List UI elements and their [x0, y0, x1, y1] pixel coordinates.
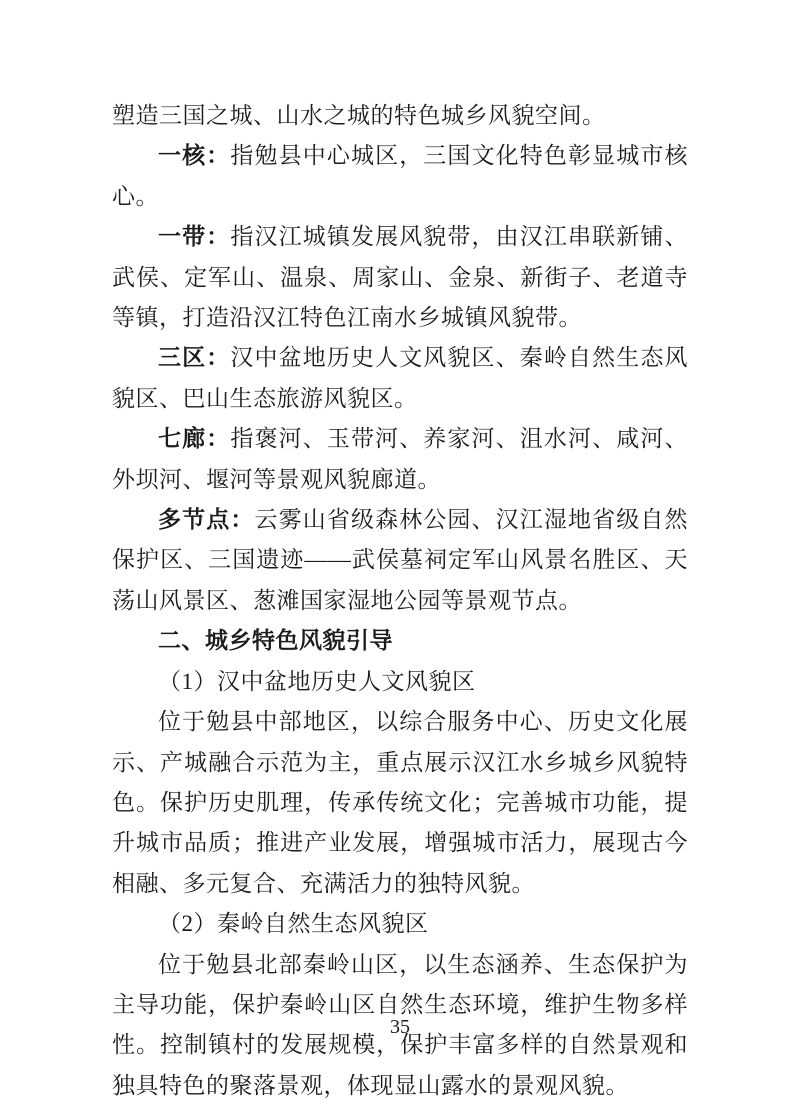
term-label-one-core: 一核： — [158, 143, 230, 168]
term-label-seven-corridors: 七廊： — [158, 426, 230, 451]
term-label-three-zones: 三区： — [158, 345, 230, 370]
page-number: 35 — [112, 1013, 688, 1041]
paragraph-multi-nodes: 多节点：云雾山省级森林公园、汉江湿地省级自然保护区、三国遗迹——武侯墓祠定军山风… — [112, 500, 688, 621]
subsection-heading-1: （1）汉中盆地历史人文风貌区 — [112, 662, 688, 702]
paragraph-text: 塑造三国之城、山水之城的特色城乡风貌空间。 — [112, 103, 606, 128]
paragraph-overview-continuation: 塑造三国之城、山水之城的特色城乡风貌空间。 — [112, 96, 688, 136]
term-label-one-belt: 一带： — [158, 224, 230, 249]
section-heading: 二、城乡特色风貌引导 — [112, 621, 688, 661]
term-label-multi-nodes: 多节点： — [158, 507, 254, 532]
paragraph-seven-corridors: 七廊：指褒河、玉带河、养家河、沮水河、咸河、外坝河、堰河等景观风貌廊道。 — [112, 419, 688, 500]
paragraph-hanzhong-basin: 位于勉县中部地区，以综合服务中心、历史文化展示、产城融合示范为主，重点展示汉江水… — [112, 702, 688, 904]
paragraph-one-core: 一核：指勉县中心城区，三国文化特色彰显城市核心。 — [112, 136, 688, 217]
subsection-heading-2: （2）秦岭自然生态风貌区 — [112, 904, 688, 944]
text-block: 塑造三国之城、山水之城的特色城乡风貌空间。 一核：指勉县中心城区，三国文化特色彰… — [112, 96, 688, 1106]
document-page: 塑造三国之城、山水之城的特色城乡风貌空间。 一核：指勉县中心城区，三国文化特色彰… — [0, 0, 790, 1118]
paragraph-one-belt: 一带：指汉江城镇发展风貌带，由汉江串联新铺、武侯、定军山、温泉、周家山、金泉、新… — [112, 217, 688, 338]
paragraph-three-zones: 三区：汉中盆地历史人文风貌区、秦岭自然生态风貌区、巴山生态旅游风貌区。 — [112, 338, 688, 419]
